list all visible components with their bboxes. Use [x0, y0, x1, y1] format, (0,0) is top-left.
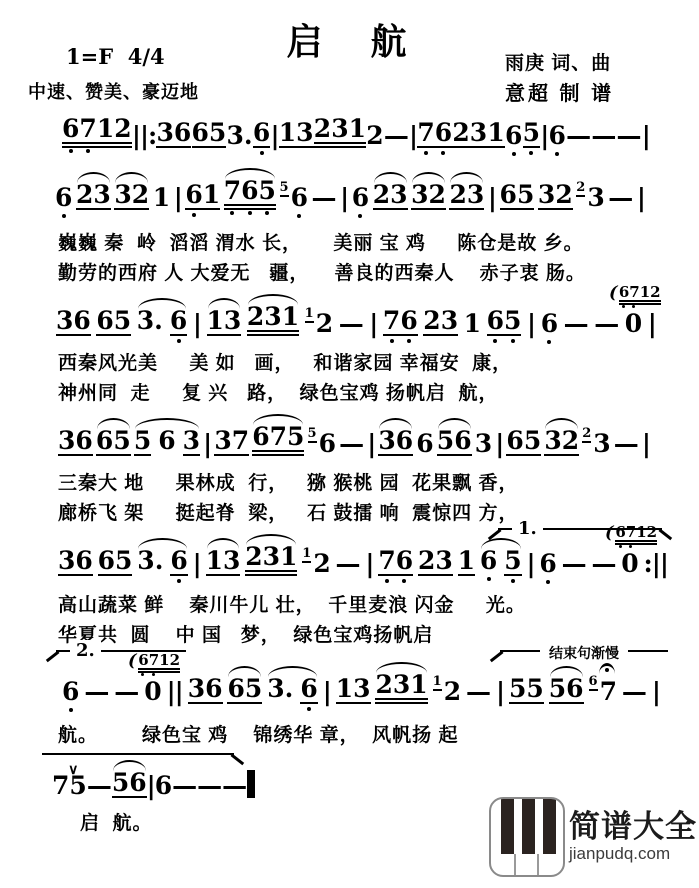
note-token: 13 — [279, 120, 314, 148]
bar-line: | — [193, 551, 201, 576]
note-token: 7∨ — [52, 773, 69, 798]
note-token: 13 — [206, 548, 241, 576]
grace-note: 5 — [280, 181, 289, 197]
lyric-line: 勤劳的西府 人 大爱无 疆， 善良的西秦人 赤子衷 肠。 — [58, 258, 586, 285]
bar-line: | — [174, 185, 182, 210]
music-line: 623321|6176556—|6233223|653223—| — [55, 170, 645, 210]
note-token: 3. — [227, 123, 253, 148]
note-token: 67 — [589, 679, 617, 704]
bar-line: | — [365, 551, 373, 576]
dash-note: — — [222, 773, 247, 798]
note-token: 23 — [423, 308, 458, 336]
note-token: 563 — [134, 428, 200, 456]
note-token: 56 — [280, 185, 308, 210]
grace-figure: (6712 — [605, 525, 657, 545]
note-token: 765 — [224, 178, 276, 210]
note-token: 36 — [188, 676, 223, 704]
note-token: 6 — [352, 185, 369, 210]
bar-line: | — [526, 551, 534, 576]
note-token: 23 — [449, 182, 484, 210]
note-token: 56 — [437, 428, 472, 456]
note-token: 6 — [62, 679, 79, 704]
note-token: 3 — [475, 431, 492, 456]
note-token: 32 — [114, 182, 149, 210]
note-token: 1 — [458, 548, 475, 576]
grace-note: 1 — [305, 307, 314, 323]
note-token: 55 — [509, 676, 544, 704]
note-token: 0(6712 — [621, 551, 638, 576]
dash-note: — — [339, 431, 364, 456]
note-token: 65 — [96, 308, 131, 336]
note-token: 12 — [433, 679, 461, 704]
dash-note: — — [336, 551, 361, 576]
note-token: 56 — [549, 676, 584, 704]
note-token: 36 — [56, 308, 91, 336]
bar-line: || — [167, 679, 183, 704]
ending-bracket: 结束句渐慢 — [500, 650, 668, 664]
note-token: 65 — [98, 548, 133, 576]
bar-line: | — [495, 431, 503, 456]
note-token: 32 — [538, 182, 573, 210]
dash-note: — — [114, 679, 139, 704]
dash-note: — — [384, 123, 409, 148]
note-token: 32 — [544, 428, 579, 456]
dash-note: — — [339, 311, 364, 336]
bar-line: | — [323, 679, 331, 704]
lyric-line: 航。 绿色宝 鸡 锦绣华 章， 风帆扬 起 — [58, 720, 458, 747]
watermark-url: jianpudq.com — [569, 844, 697, 864]
bar-line: :|| — [644, 551, 668, 576]
grace-note: 1 — [302, 547, 311, 563]
music-line: 36653.6|1323112—|7623165|6——0(6712| — [56, 296, 656, 336]
note-token: 36 — [58, 428, 93, 456]
note-token: 65 — [487, 308, 522, 336]
bar-line: | — [147, 773, 155, 798]
key-signature: 1=F 4/4 — [66, 44, 165, 69]
note-token: 6 — [253, 120, 270, 148]
note-token: 56 — [112, 770, 147, 798]
music-line: 7∨5—56|6——— — [52, 758, 248, 798]
note-token: 6 — [549, 123, 566, 148]
note-token: 13 — [336, 676, 371, 704]
bar-line: | — [409, 123, 417, 148]
lyric-line: 西秦风光美 美 如 画， 和谐家园 幸福安 康， — [58, 348, 512, 375]
bar-line: ||: — [132, 123, 156, 148]
dash-note: — — [172, 773, 197, 798]
dash-note: — — [197, 773, 222, 798]
note-token: 3.6 — [137, 548, 188, 576]
music-line: 3665563|3767556—|366563|653223—| — [58, 416, 650, 456]
bar-line: | — [369, 311, 377, 336]
note-token: 675 — [252, 424, 304, 456]
note-token: 23 — [418, 548, 453, 576]
note-token: 5 — [69, 773, 86, 798]
note-token: 65 — [500, 182, 535, 210]
note-token: 12 — [302, 551, 330, 576]
note-token: 231 — [375, 672, 427, 704]
note-token: 6 — [539, 551, 556, 576]
dash-note: — — [312, 185, 337, 210]
note-token: 65 — [192, 120, 227, 148]
bar-line: | — [637, 185, 645, 210]
dash-note: — — [591, 551, 616, 576]
grace-note: 2 — [582, 427, 591, 443]
bar-line: | — [367, 431, 375, 456]
final-barline — [247, 770, 255, 798]
note-token: 2 — [366, 123, 383, 148]
note-token: 76 — [378, 548, 413, 576]
grace-note: 2 — [576, 181, 585, 197]
note-token: 36 — [378, 428, 413, 456]
dash-note: — — [608, 185, 633, 210]
dash-note: — — [84, 679, 109, 704]
tempo-marking: 中速、赞美、豪迈地 — [28, 78, 199, 104]
grace-note: 1 — [433, 675, 442, 691]
note-token: 6 — [155, 773, 172, 798]
bar-line: | — [203, 431, 211, 456]
fermata-icon — [599, 663, 615, 674]
note-token: 23 — [576, 185, 604, 210]
lyric-line: 三秦大 地 果林成 行， 猕 猴桃 园 花果飘 香， — [58, 468, 518, 495]
note-token: 37 — [214, 428, 249, 456]
bar-line: | — [540, 123, 548, 148]
dash-note: — — [564, 311, 589, 336]
note-token: 1 — [487, 120, 504, 148]
sheet-music-page: 启 航 1=F 4/4 中速、赞美、豪迈地 雨庚 词、曲 意超 制 谱 6712… — [0, 0, 699, 888]
note-token: 6 — [541, 311, 558, 336]
note-token: 6 — [416, 431, 433, 456]
credit-words-music: 雨庚 词、曲 — [505, 48, 611, 75]
bar-line: | — [340, 185, 348, 210]
note-token: 3.6 — [137, 308, 188, 336]
bar-line: | — [652, 679, 660, 704]
watermark: 简谱大全 jianpudq.com — [489, 797, 697, 877]
note-token: 231 — [247, 304, 299, 336]
note-token: 231 — [314, 116, 366, 148]
lyric-line: 巍巍 秦 岭 滔滔 渭水 长， 美丽 宝 鸡 陈仓是故 乡。 — [58, 228, 584, 255]
note-token: 36 — [58, 548, 93, 576]
lyric-line: 高山蔬菜 鲜 秦川牛儿 壮， 千里麦浪 闪金 光。 — [58, 590, 526, 617]
grace-note: 6 — [589, 675, 598, 691]
grace-figure: (6712 — [609, 285, 661, 305]
note-token: 65 — [480, 548, 522, 576]
bar-line: | — [270, 123, 278, 148]
note-token: 12 — [305, 311, 333, 336]
dash-note: — — [562, 551, 587, 576]
note-token: 23 — [76, 182, 111, 210]
note-token: 56 — [308, 431, 336, 456]
note-token: 76 — [383, 308, 418, 336]
bar-line: | — [527, 311, 535, 336]
bar-line: | — [648, 311, 656, 336]
bar-line: | — [193, 311, 201, 336]
dash-note: — — [594, 311, 619, 336]
note-token: 1 — [153, 185, 170, 210]
note-token: 65 — [96, 428, 131, 456]
bar-line: | — [496, 679, 504, 704]
note-token: 23 — [582, 431, 610, 456]
lyric-line: 启 航。 — [80, 808, 153, 835]
lyric-line: 神州同 走 复 兴 路， 绿色宝鸡 扬帆启 航， — [58, 378, 498, 405]
bracket-label: 2. — [70, 640, 101, 661]
music-line: 6——0(6712||36653.6|1323112—|555667—| — [62, 664, 660, 704]
bar-line: | — [642, 431, 650, 456]
note-token: 6712 — [62, 116, 132, 148]
note-token: 5 — [523, 120, 540, 148]
dash-note: — — [466, 679, 491, 704]
note-token: 231 — [245, 544, 297, 576]
bracket-label: 结束句渐慢 — [540, 643, 628, 663]
grace-figure: (6712 — [128, 653, 180, 673]
note-token: 13 — [207, 308, 242, 336]
note-token: 32 — [411, 182, 446, 210]
dash-note: — — [614, 431, 639, 456]
music-line: 36653.6|1323112—|7623165|6——0(6712:|| — [58, 536, 668, 576]
note-token: 0(6712 — [144, 679, 161, 704]
note-token: 3.6 — [267, 676, 318, 704]
bracket-hook — [46, 651, 59, 662]
note-token: 61 — [185, 182, 220, 210]
note-token: 6 — [505, 123, 522, 148]
note-token: 23 — [452, 120, 487, 148]
music-line: 6712||:36653.6|132312—|7623165|6———| — [62, 108, 650, 148]
bracket-hook — [490, 651, 503, 662]
note-token: 65 — [506, 428, 541, 456]
dash-note: — — [87, 773, 112, 798]
note-token: 36 — [156, 120, 191, 148]
note-token: 76 — [417, 120, 452, 148]
dash-note: — — [591, 123, 616, 148]
note-token: 65 — [227, 676, 262, 704]
lyric-line: 华夏共 圆 中 国 梦， 绿色宝鸡扬帆启 — [58, 620, 433, 647]
note-token: 23 — [373, 182, 408, 210]
credit-notation: 意超 制 谱 — [505, 77, 614, 106]
note-token: 6 — [55, 185, 72, 210]
watermark-name: 简谱大全 — [569, 810, 697, 844]
bar-line: | — [642, 123, 650, 148]
note-token: 1 — [464, 311, 481, 336]
piano-keys-icon — [489, 797, 565, 877]
bar-line: | — [488, 185, 496, 210]
note-token: 0(6712 — [625, 311, 642, 336]
dash-note: — — [566, 123, 591, 148]
grace-note: 5 — [308, 427, 317, 443]
dash-note: — — [617, 123, 642, 148]
lyric-line: 廊桥飞 架 挺起脊 梁， 石 鼓擂 响 震惊四 方， — [58, 498, 518, 525]
dash-note: — — [622, 679, 647, 704]
